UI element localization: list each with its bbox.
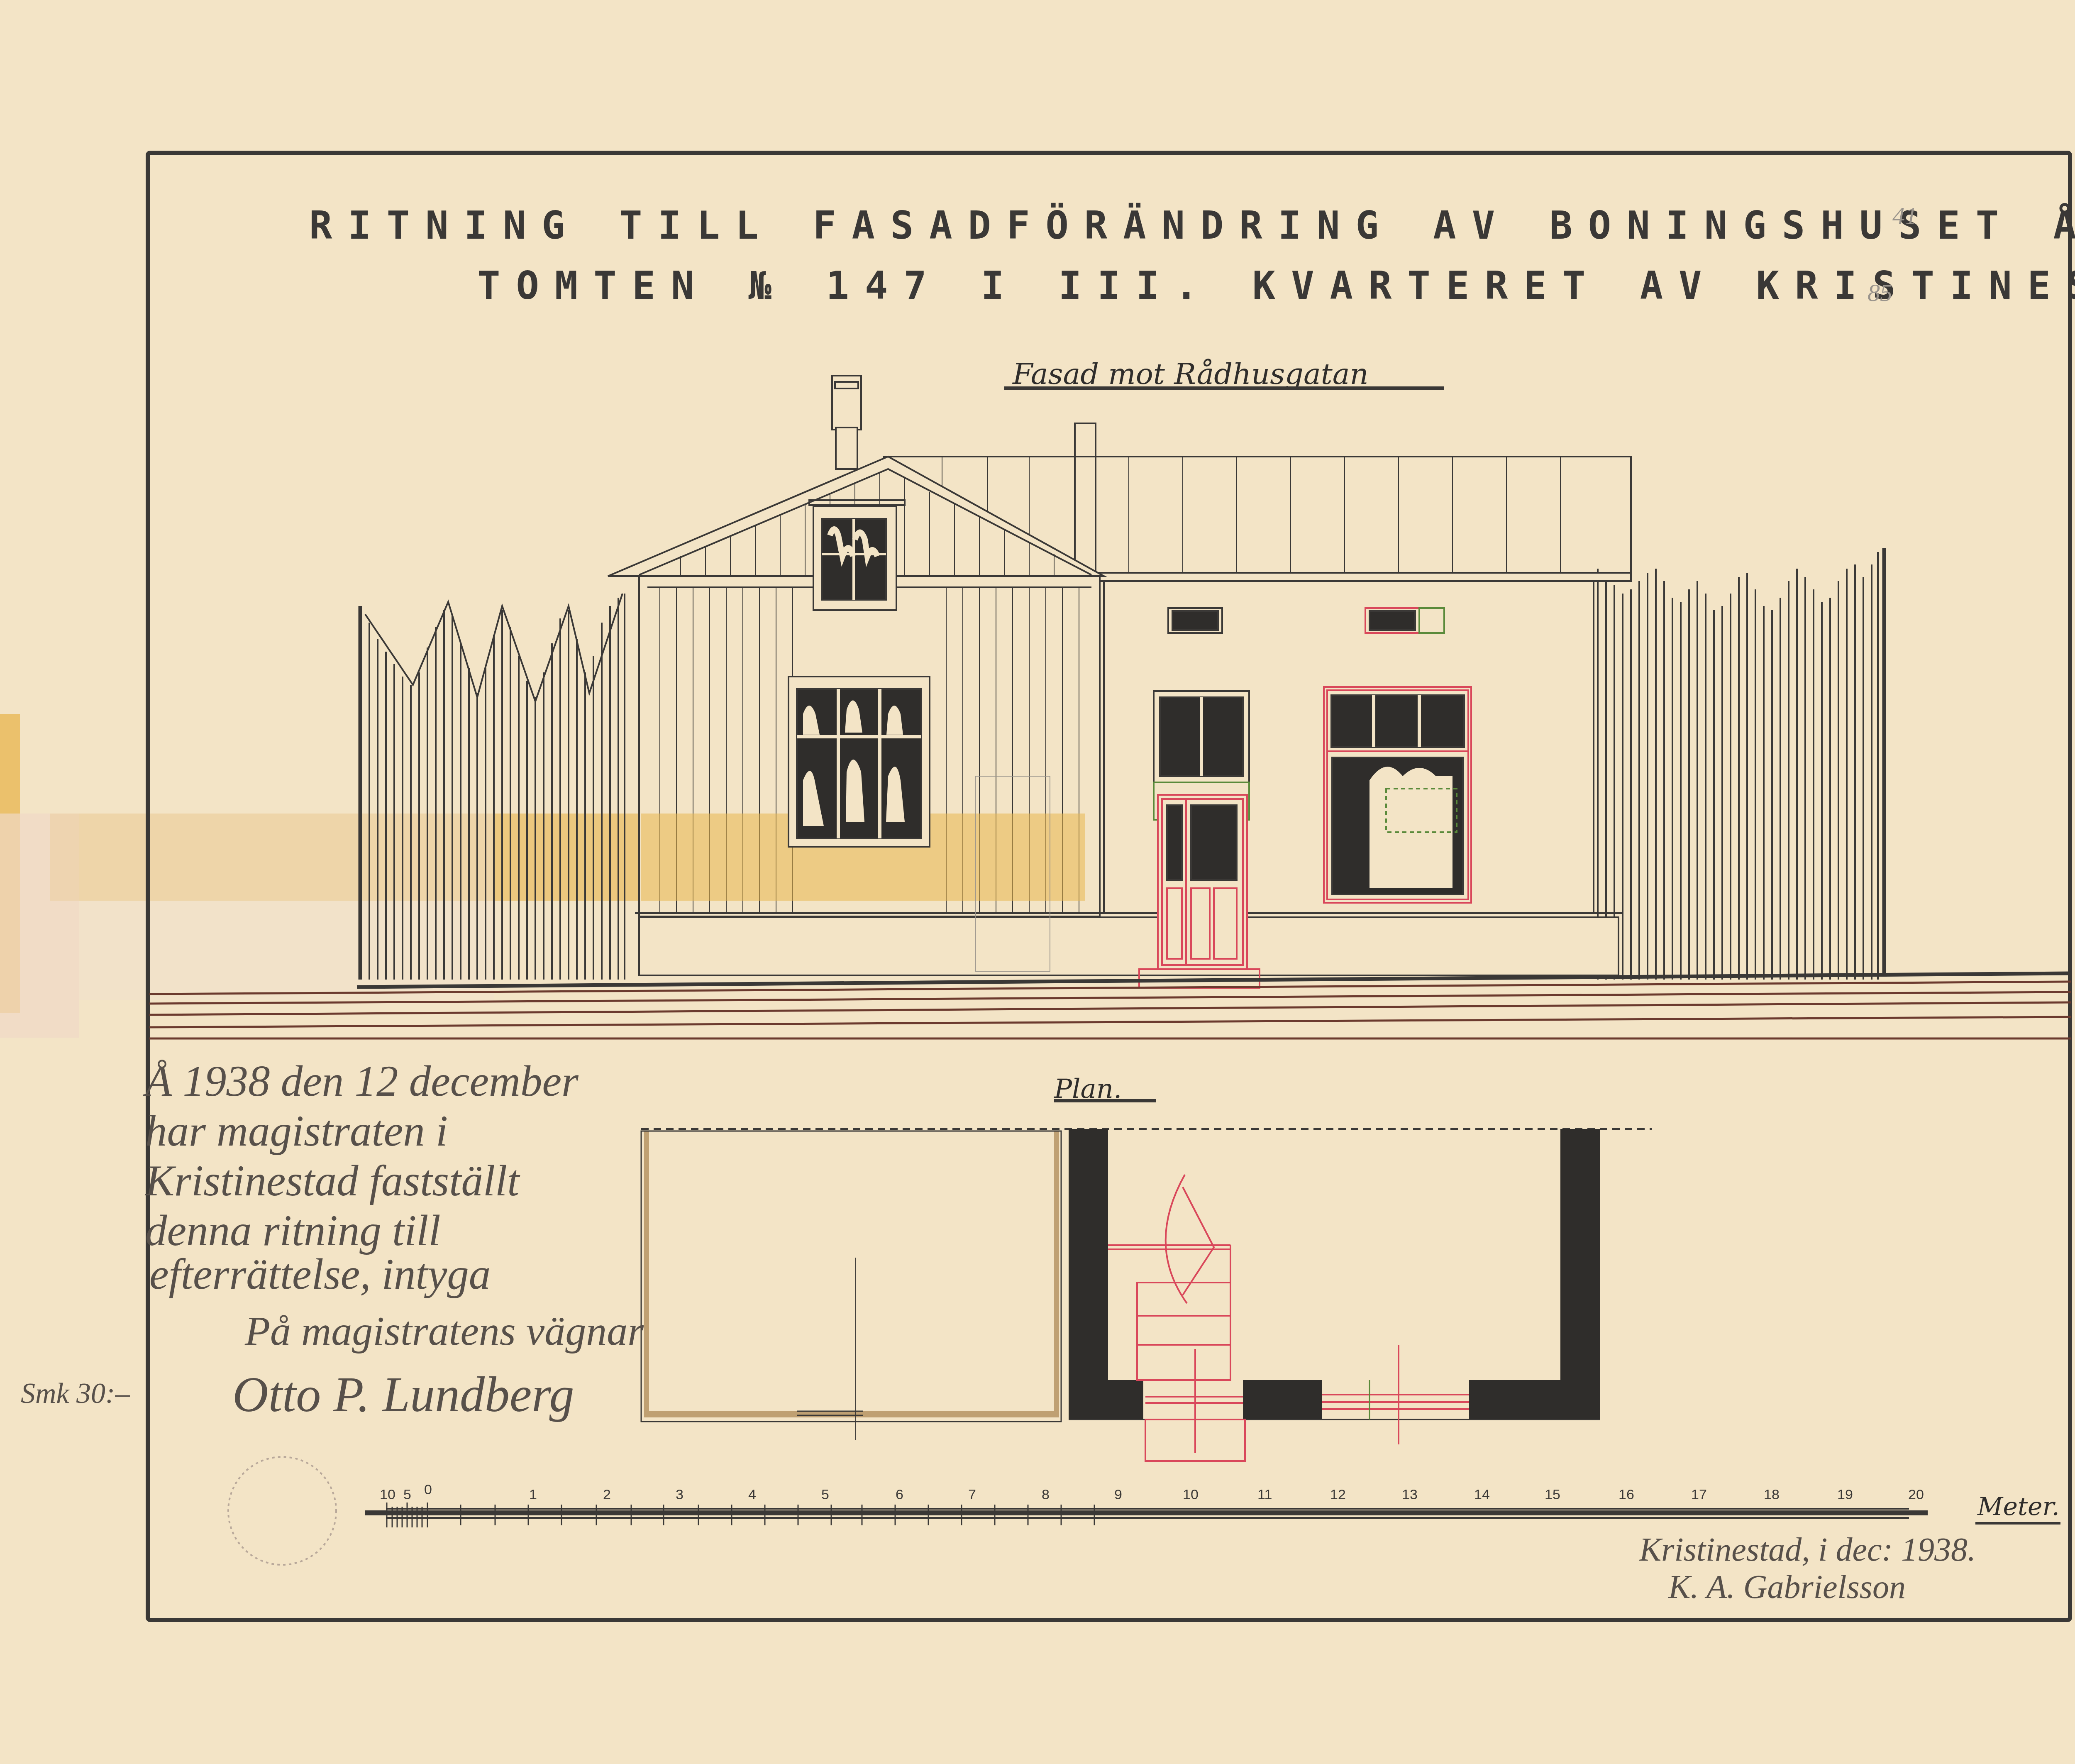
scale-tick-13: 13 xyxy=(1402,1487,1418,1503)
official-stamp xyxy=(228,1457,336,1565)
place-date: Kristinestad, i dec: 1938. xyxy=(1639,1532,1976,1568)
scale-tick-12: 12 xyxy=(1330,1487,1346,1503)
scale-tick-4: 4 xyxy=(748,1487,756,1503)
scale-tick-16: 16 xyxy=(1618,1487,1634,1503)
approval-note-line-4: denna ritning till xyxy=(145,1206,441,1255)
approval-note-line-3: Kristinestad fastställt xyxy=(144,1156,520,1205)
scale-tick-15: 15 xyxy=(1545,1487,1560,1503)
scale-tick-14: 14 xyxy=(1474,1487,1490,1503)
architectural-drawing-sheet: RITNING TILL FASADFÖRÄNDRING AV BONINGSH… xyxy=(0,0,2075,1764)
scale-left-tick-0: 0 xyxy=(424,1482,432,1498)
scale-bar xyxy=(365,1503,1928,1527)
scale-tick-18: 18 xyxy=(1764,1487,1780,1503)
fee-note: Smk 30:– xyxy=(21,1378,130,1410)
approval-note-line-2: har magistraten i xyxy=(145,1107,448,1155)
scale-tick-3: 3 xyxy=(676,1487,684,1503)
scale-left-tick-5: 5 xyxy=(403,1487,411,1503)
drawing-canvas: RITNING TILL FASADFÖRÄNDRING AV BONINGSH… xyxy=(0,0,2075,1764)
margin-pencil-note-2: 85 xyxy=(1867,279,1892,306)
approval-note-line-5: efterrättelse, intyga xyxy=(149,1250,491,1298)
scale-tick-8: 8 xyxy=(1042,1487,1050,1503)
approval-note-line-6: På magistratens vägnar xyxy=(244,1308,644,1354)
scale-tick-1: 1 xyxy=(529,1487,537,1503)
scale-tick-9: 9 xyxy=(1114,1487,1122,1503)
floor-plan xyxy=(641,1129,1652,1461)
title-line-2: TOMTEN № 147 I III. KVARTERET AV KRISTIN… xyxy=(477,264,2075,308)
approval-note: Å 1938 den 12 december har magistraten i… xyxy=(21,1057,644,1565)
scale-tick-17: 17 xyxy=(1691,1487,1707,1503)
right-fence xyxy=(1598,548,1884,980)
scale-tick-20: 20 xyxy=(1908,1487,1924,1503)
scale-tick-11: 11 xyxy=(1257,1487,1272,1503)
scale-unit-label: Meter. xyxy=(1977,1492,2060,1521)
scale-tick-7: 7 xyxy=(968,1487,976,1503)
approval-signature: Otto P. Lundberg xyxy=(232,1367,574,1422)
scale-tick-19: 19 xyxy=(1837,1487,1853,1503)
scale-tick-6: 6 xyxy=(896,1487,903,1503)
scale-tick-10: 10 xyxy=(1183,1487,1199,1503)
approval-note-line-1: Å 1938 den 12 december xyxy=(143,1057,579,1105)
scale-tick-2: 2 xyxy=(603,1487,611,1503)
margin-pencil-note-1: 41 xyxy=(1892,202,1917,230)
title-line-1: RITNING TILL FASADFÖRÄNDRING AV BONINGSH… xyxy=(309,203,2075,248)
author-signature: K. A. Gabrielsson xyxy=(1668,1569,1906,1605)
scale-tick-5: 5 xyxy=(821,1487,829,1503)
scale-left-tick-10: 10 xyxy=(380,1487,395,1503)
house-facade xyxy=(608,376,1631,988)
facade-label: Fasad mot Rådhusgatan xyxy=(1012,357,1369,391)
